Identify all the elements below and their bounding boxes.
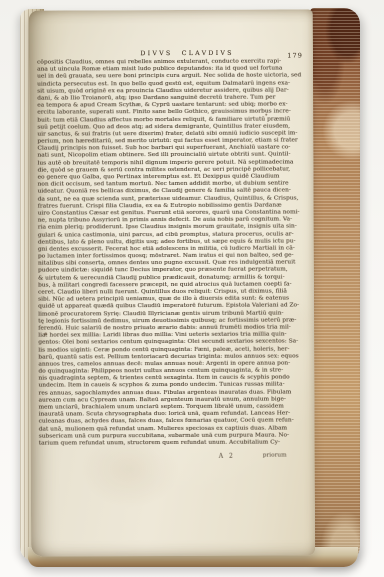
text-line: tarium quem refundat unum, structorem qu… bbox=[39, 439, 305, 447]
direction-line: A 2 priorum bbox=[39, 452, 305, 461]
book-page: DIVVS CLAVDIVS 179 cōpositis Claudius, o… bbox=[29, 9, 315, 556]
signature-mark: A 2 bbox=[219, 453, 235, 460]
book-photo: DIVVS CLAVDIVS 179 cōpositis Claudius, o… bbox=[0, 0, 384, 577]
catchword: priorum bbox=[263, 453, 287, 459]
running-title: DIVVS CLAVDIVS bbox=[37, 49, 303, 57]
fore-edge-pages bbox=[310, 8, 360, 564]
text-block: cōpositis Claudius, omnes qui rebelles a… bbox=[37, 58, 305, 447]
